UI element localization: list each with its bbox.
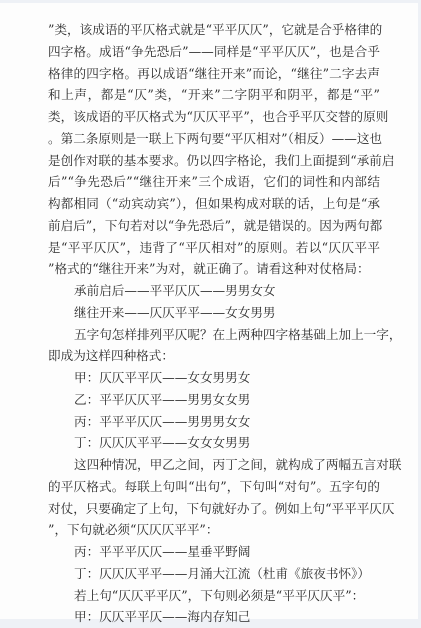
text-line: 类，该成语的平仄格式为“仄仄平平”，也合乎平仄交替的原则 [48,106,380,128]
text-line: 。第二条原则是一联上下两句要“平仄相对”（相反）——这也 [48,128,380,150]
text-line: ”，下句就必须“仄仄仄平平”： [48,519,380,541]
text-line: 乙：平平仄仄平——男男女女男 [48,389,380,411]
text-line: 构都相同（“动宾动宾”），但如果构成对联的话，上句是“承 [48,193,380,215]
text-line: 是“平平仄仄”，违背了“平仄相对”的原则。若以“仄仄平平 [48,237,380,259]
text-line: 甲：仄仄平平仄——女女男男女 [48,367,380,389]
text-line: 若上句“仄仄平平仄”，下句则必须是“平平仄仄平”： [48,585,380,607]
text-line: 丙：平平平仄仄——男男男女女 [48,411,380,433]
text-line: ”类，该成语的平仄格式就是“平平仄仄”，它就是合乎格律的 [48,19,380,41]
text-line: 承前启后——平平仄仄——男男女女 [48,280,380,302]
text-line: 即成为这样四种格式： [48,345,380,367]
text-line: 五字句怎样排列平仄呢？在上两种四字格基础上加上一字， [48,324,380,346]
document-page: ”类，该成语的平仄格式就是“平平仄仄”，它就是合乎格律的四字格。成语“争先恐后”… [0,3,418,619]
text-line: 对仗，只要确定了上句，下句就好办了。例如上句“平平平仄仄 [48,498,380,520]
text-line: 继往开来——仄仄平平——女女男男 [48,302,380,324]
text-line: 的平仄格式。每联上句叫“出句”，下句叫“对句”。五字句的 [48,476,380,498]
text-line: 丁：仄仄仄平平——女女女男男 [48,432,380,454]
text-line: 和上声，都是“仄”类，“开来”二字阴平和阴平，都是“平” [48,84,380,106]
text-line: 丙：平平平仄仄——星垂平野阔 [48,541,380,563]
text-line: 这四种情况，甲乙之间，丙丁之间，就构成了两幅五言对联 [48,454,380,476]
text-line: ”格式的“继往开来”为对，就正确了。请看这种对仗格局： [48,258,380,280]
text-line: 后”“争先恐后”“继往开来”三个成语，它们的词性和内部结 [48,171,380,193]
text-line: 是创作对联的基本要求。仍以四字格论，我们上面提到“承前启 [48,150,380,172]
document-body-text: ”类，该成语的平仄格式就是“平平仄仄”，它就是合乎格律的四字格。成语“争先恐后”… [48,19,380,619]
text-line: 前启后”，下句若对以“争先恐后”，就是错误的。因为两句都 [48,215,380,237]
text-line: 四字格。成语“争先恐后”——同样是“平平仄仄”，也是合乎 [48,41,380,63]
text-line: 丁：仄仄仄平平——月涌大江流（杜甫《旅夜书怀》） [48,563,380,585]
text-line: 甲：仄仄平平仄——海内存知己 [48,606,380,619]
text-line: 格律的四字格。再以成语“继往开来”而论，“继往”二字去声 [48,63,380,85]
